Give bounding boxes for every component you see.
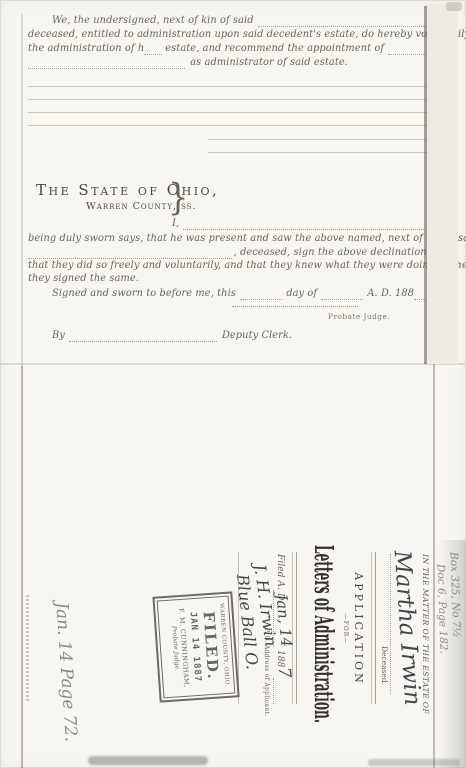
blank-rule bbox=[28, 86, 438, 87]
jurat-body-2: , deceased, sign the above declination, bbox=[28, 247, 430, 259]
paper-backing-strip bbox=[427, 4, 458, 364]
declination-text-1: We, the undersigned, next of kin of said bbox=[52, 15, 254, 27]
filed-year-blank bbox=[273, 678, 274, 704]
blank-rule bbox=[28, 99, 438, 100]
filed-year-printed: 188 bbox=[274, 650, 285, 667]
jurat-text-4: they signed the same. bbox=[28, 273, 139, 285]
record-reference-handwritten: Jan. 14 Page 72. bbox=[51, 601, 81, 742]
application-heading-text: APPLICATION bbox=[352, 572, 365, 685]
declination-line-1: We, the undersigned, next of kin of said bbox=[52, 15, 432, 27]
letters-title-text: Letters of Administration. bbox=[308, 545, 338, 723]
pencil-doc-note-text: Doc 6, Page 182. bbox=[434, 564, 449, 654]
name-underline bbox=[390, 554, 391, 694]
deceased-label-text: Deceased. bbox=[380, 646, 389, 685]
judge-label-text: Probate Judge. bbox=[328, 312, 390, 321]
blank-rule-half bbox=[208, 152, 436, 153]
left-crease-lower bbox=[21, 366, 23, 768]
horizontal-fold-line bbox=[0, 363, 466, 365]
declination-text-3a: the administration of h bbox=[28, 43, 144, 55]
filed-year-hand-text: 7 bbox=[274, 666, 295, 679]
by-line: By Deputy Clerk. bbox=[52, 330, 292, 342]
paper-edge-shadow bbox=[424, 6, 427, 364]
affiant-name-blank bbox=[183, 218, 428, 230]
jurat-text-2: , deceased, sign the above declination, bbox=[234, 247, 430, 259]
jurat-text-1: being duly sworn says, that he was prese… bbox=[28, 233, 466, 245]
judge-label: Probate Judge. bbox=[328, 312, 390, 321]
record-reference-text: Jan. 14 Page 72. bbox=[51, 601, 81, 742]
top-corner-smudge bbox=[446, 2, 462, 11]
blank-rule-half bbox=[208, 139, 436, 140]
blank-rule bbox=[28, 125, 438, 126]
by-label: By bbox=[52, 330, 65, 342]
deceased-label: Deceased. bbox=[380, 646, 389, 685]
backer-panel: Box 325, No 7½ Doc 6, Page 182. IN THE M… bbox=[32, 540, 460, 768]
letters-of-administration-title: Letters of Administration. bbox=[308, 535, 338, 732]
left-crease-upper bbox=[21, 14, 23, 366]
clerk-signature-blank bbox=[69, 330, 217, 342]
declination-text-2: deceased, entitled to administration upo… bbox=[28, 29, 466, 41]
sworn-text-3: A. D. 188 bbox=[367, 288, 414, 300]
affiant-line: I, bbox=[172, 218, 428, 230]
jurat-body-1: being duly sworn says, that he was prese… bbox=[28, 233, 430, 245]
declination-line-4: as administrator of said estate. bbox=[28, 57, 348, 69]
brace-glyph: } bbox=[168, 175, 188, 219]
jurat-body-4: they signed the same. bbox=[28, 273, 139, 285]
blank-line bbox=[258, 15, 432, 27]
printer-imprint bbox=[26, 593, 29, 701]
declination-text-4: as administrator of said estate. bbox=[190, 57, 348, 69]
state-heading: The State of Ohio, bbox=[36, 181, 219, 199]
jurat-body-3: that they did so freely and voluntarily,… bbox=[28, 260, 430, 272]
declination-line-3: the administration of h estate, and reco… bbox=[28, 43, 432, 55]
blank-rule bbox=[28, 112, 438, 113]
filed-year-handwritten: 7 bbox=[274, 666, 295, 679]
state-heading-text: The State of Ohio, bbox=[36, 181, 219, 199]
blank-his-her bbox=[144, 43, 162, 55]
declination-line-2: deceased, entitled to administration upo… bbox=[28, 29, 432, 41]
affiant-i-label: I, bbox=[172, 218, 179, 230]
declination-text-3b: estate, and recommend the appointment of bbox=[165, 43, 384, 55]
scanned-probate-document: We, the undersigned, next of kin of said… bbox=[0, 0, 466, 768]
pencil-doc-note: Doc 6, Page 182. bbox=[434, 564, 449, 654]
clerk-label: Deputy Clerk. bbox=[222, 330, 292, 342]
for-label-text: —FOR— bbox=[342, 614, 349, 645]
decedent-name-blank bbox=[28, 247, 232, 259]
blank-line bbox=[28, 57, 185, 69]
filed-stamp-inner: WARREN COUNTY, OHIO. FILED. JAN 14 1887 … bbox=[157, 596, 236, 699]
for-label: —FOR— bbox=[342, 540, 349, 718]
filed-stamp: WARREN COUNTY, OHIO. FILED. JAN 14 1887 … bbox=[152, 591, 239, 702]
judge-signature-blank bbox=[232, 295, 358, 307]
filed-year-printed-text: 188 bbox=[275, 650, 285, 667]
application-heading: APPLICATION bbox=[352, 540, 365, 718]
sworn-text-1: Signed and sworn to before me, this bbox=[52, 288, 236, 300]
jurat-text-3: that they did so freely and voluntarily,… bbox=[28, 260, 466, 272]
section-rule bbox=[371, 552, 376, 704]
